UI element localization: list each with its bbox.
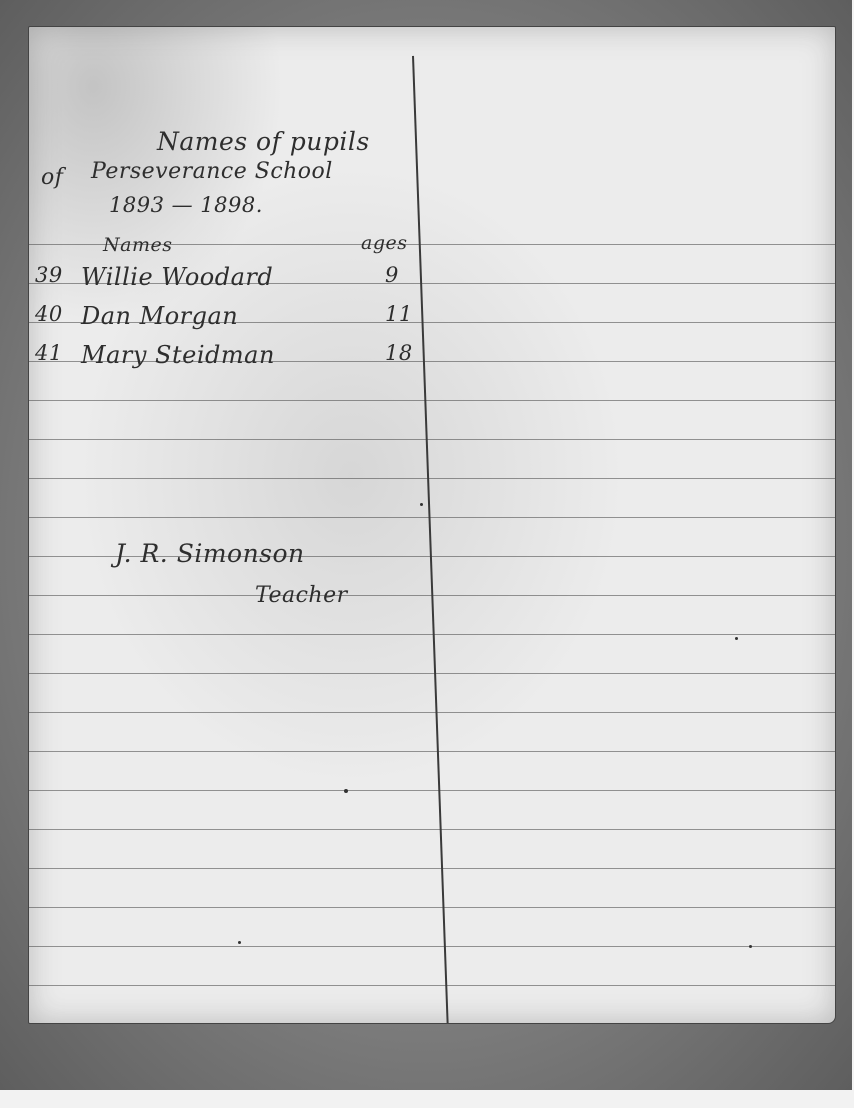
- ruled-line: [29, 751, 835, 752]
- pupil-number: 40: [35, 302, 63, 326]
- ruled-line: [29, 907, 835, 908]
- pupil-row: 41 Mary Steidman 18: [29, 341, 429, 377]
- pupil-age: 9: [385, 263, 399, 287]
- ruled-paper-sheet: Names of pupils of Perseverance School 1…: [28, 26, 836, 1024]
- ruled-line: [29, 673, 835, 674]
- ruled-line: [29, 478, 835, 479]
- pupil-row: 40 Dan Morgan 11: [29, 302, 429, 338]
- ruled-line: [29, 985, 835, 986]
- pupil-age: 11: [385, 302, 413, 326]
- pupil-number: 41: [35, 341, 63, 365]
- ruled-line: [29, 946, 835, 947]
- heading-school-name: Perseverance School: [91, 159, 333, 184]
- pupil-number: 39: [35, 263, 63, 287]
- signature-title: Teacher: [255, 583, 348, 608]
- ruled-line: [29, 400, 835, 401]
- heading-line-1: Names of pupils: [157, 127, 370, 156]
- column-header-names: Names: [103, 234, 172, 256]
- pupil-name: Mary Steidman: [81, 341, 275, 369]
- ink-speck: [749, 945, 752, 948]
- column-header-ages: ages: [361, 232, 408, 254]
- ruled-line: [29, 829, 835, 830]
- pupil-name: Willie Woodard: [81, 263, 273, 291]
- pupil-name: Dan Morgan: [81, 302, 238, 330]
- ruled-line: [29, 790, 835, 791]
- heading-line-2-prefix: of: [41, 165, 63, 190]
- scan-bottom-margin: [0, 1090, 854, 1108]
- signature-name: J. R. Simonson: [115, 539, 305, 568]
- ruled-line: [29, 712, 835, 713]
- ruled-line: [29, 868, 835, 869]
- pupil-age: 18: [385, 341, 413, 365]
- ink-speck: [238, 941, 241, 944]
- ink-speck: [420, 503, 423, 506]
- ruled-line: [29, 517, 835, 518]
- ink-speck: [344, 789, 348, 793]
- heading-year-range: 1893 — 1898.: [109, 193, 263, 217]
- ink-speck: [735, 637, 738, 640]
- pupil-row: 39 Willie Woodard 9: [29, 263, 429, 299]
- vertical-column-rule: [412, 56, 448, 1024]
- ruled-line: [29, 439, 835, 440]
